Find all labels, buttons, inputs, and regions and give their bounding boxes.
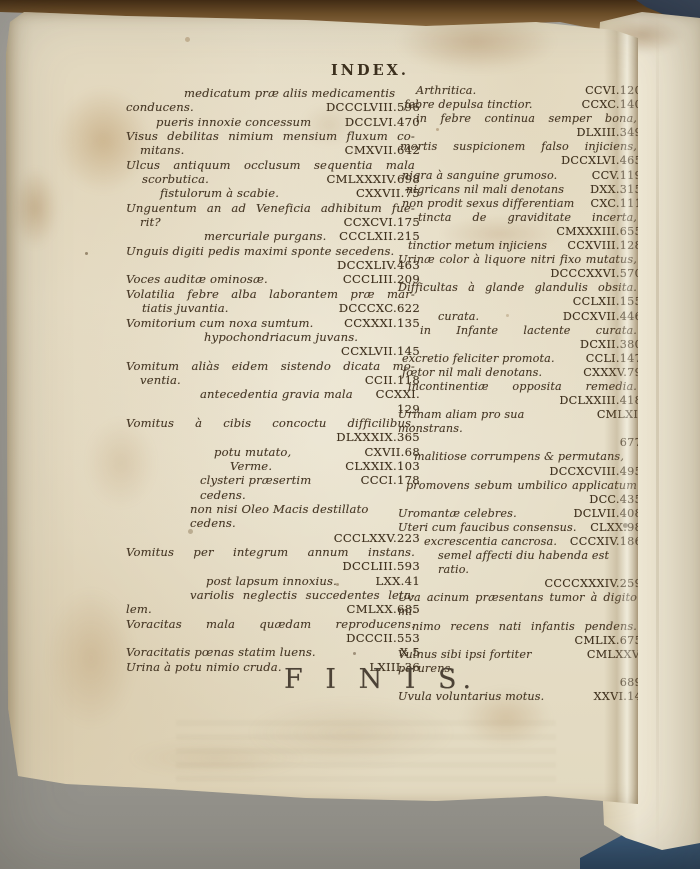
index-line: post lapsum innoxius. LXX.41 — [126, 574, 420, 588]
index-line: incontinentiæ opposita remedia. — [398, 380, 642, 394]
index-line: Vomitum aliàs eidem sistendo dicata mo- — [126, 359, 420, 373]
index-entry-page-ref: CCVI.120 — [580, 84, 642, 98]
index-entry-text: mercuriale purgans. — [126, 229, 327, 243]
index-line: medicatum præ aliis medicamentis — [126, 86, 420, 100]
index-entry-page-ref: 677 — [615, 436, 642, 450]
index-entry-page-ref: XXVI.14 — [589, 690, 642, 704]
index-entry-text: Urinæ color à liquore nitri fixo mutatus… — [398, 253, 637, 267]
index-line: semel affecti diu habenda est ratio. — [398, 549, 642, 577]
index-line: in febre continua semper bona, — [398, 112, 642, 126]
index-line: fistulorum à scabie. CXXVII.75 — [126, 186, 420, 200]
index-entry-page-ref: DCCXLVI.465 — [556, 154, 642, 168]
index-entry-text: Difficultas à glande glandulis obsita. — [398, 281, 637, 295]
index-entry-text: Volatilia febre alba laborantem præ mar- — [126, 287, 415, 301]
index-entry-text: excrescentia cancrosa. — [398, 535, 557, 549]
index-line: tincta de graviditate incerta, — [398, 211, 642, 225]
index-line: Vomitorium cum noxa sumtum. CCXXXI.135 — [126, 316, 420, 330]
index-entry-text: tinctior metum injiciens — [398, 239, 547, 253]
index-entry-text: fistulorum à scabie. — [126, 186, 279, 200]
index-line: nigra à sanguine grumoso. CCV.119 — [398, 169, 642, 183]
index-entry-page-ref: CLXX.98 — [585, 521, 642, 535]
index-line: non prodit sexus differentiam CXC.111 — [398, 197, 642, 211]
index-entry-page-ref: CCCCXXXIV.259 — [540, 577, 642, 591]
index-line: Urinam aliam pro sua monstrans. CMLXI. — [398, 408, 642, 436]
paper-speckles — [85, 252, 88, 255]
index-entry-text: conducens. — [126, 100, 194, 114]
index-entry-page-ref: DCC.435 — [584, 493, 642, 507]
index-line: potu mutato, CXVII.68 — [126, 445, 420, 459]
index-entry-page-ref: DCLXXIII.418 — [554, 394, 642, 408]
index-entry-text: curata. — [398, 310, 479, 324]
index-line: DCCCXXVI.570 — [398, 267, 642, 281]
index-entry-text: Voracitas mala quædam reproducens. — [126, 617, 415, 631]
index-line: DCCXLIV.463 — [126, 258, 420, 272]
index-entry-text: potu mutato, — [126, 445, 291, 459]
index-entry-text: Uva acinum præsentans tumor à digito mi- — [398, 591, 637, 619]
index-entry-text: Urinam aliam pro sua monstrans. — [398, 408, 592, 436]
index-entry-page-ref: DLXIII.349 — [571, 126, 642, 140]
index-line: 129 — [126, 402, 420, 416]
index-entry-text: ventia. — [126, 373, 181, 387]
index-line: DCXII.380 — [398, 338, 642, 352]
index-entry-page-ref: DCXII.380 — [575, 338, 642, 352]
index-line: Arthritica. CCVI.120 — [398, 84, 642, 98]
index-line: ventia. CCII.118 — [126, 373, 420, 387]
index-entry-page-ref: CMLXXV. — [582, 648, 642, 662]
index-line: variolis neglectis succedentes leta- — [126, 588, 420, 602]
index-line: malitiose corrumpens & permutans, — [398, 450, 642, 464]
index-line: lem. CMLXX.685 — [126, 602, 420, 616]
index-line: Voces auditæ ominosæ. CCCLIII.209 — [126, 272, 420, 286]
index-entry-text: lem. — [126, 602, 152, 616]
paper-stain — [246, 698, 456, 768]
index-entry-text: Vomitum aliàs eidem sistendo dicata mo- — [126, 359, 415, 373]
index-entry-text: Vomitus per integrum annum instans. — [126, 545, 415, 559]
index-entry-text: rit? — [126, 215, 161, 229]
index-page: INDEX. medicatum præ aliis medicamentis … — [6, 8, 638, 808]
index-line: Uteri cum faucibus consensus. CLXX.98 — [398, 521, 642, 535]
index-entry-text: in Infante lactente curata. — [398, 324, 637, 338]
index-entry-page-ref: CXC.111 — [586, 197, 643, 211]
index-entry-text: Unguis digiti pedis maximi sponte secede… — [126, 244, 394, 258]
index-line: Unguentum an ad Veneficia adhibitum fue- — [126, 201, 420, 215]
index-entry-text: in febre continua semper bona, — [398, 112, 637, 126]
index-entry-text: non nisi Oleo Macis destillato cedens. — [126, 502, 415, 531]
index-line: DLXXXIX.365 — [126, 430, 420, 444]
index-line: scorbutica. CMLXXXIV.698 — [126, 172, 420, 186]
index-line: in Infante lactente curata. — [398, 324, 642, 338]
index-line: rit? CCXCVI.175 — [126, 215, 420, 229]
index-line: promovens sebum umbilico applicatum — [398, 479, 642, 493]
index-entry-page-ref: CXXXV.79 — [578, 366, 642, 380]
index-column-right: Arthritica. CCVI.120 febre depulsa tinct… — [398, 84, 642, 704]
index-entry-text: malitiose corrumpens & permutans, — [398, 450, 624, 464]
index-entry-text: semel affecti diu habenda est ratio. — [398, 549, 637, 577]
index-entry-text: Verme. — [126, 459, 272, 473]
index-entry-text: Vomitorium cum noxa sumtum. — [126, 316, 314, 330]
index-line: 677 — [398, 436, 642, 450]
index-line: Vomitus à cibis concoctu difficilibus. — [126, 416, 420, 430]
index-entry-text: mitans. — [126, 143, 184, 157]
index-line: Verme. CLXXIX.103 — [126, 459, 420, 473]
index-entry-text: medicatum præ aliis medicamentis — [126, 86, 395, 100]
index-line: DCCXCVIII.495 — [398, 465, 642, 479]
finis-text: F I N I S. — [284, 664, 478, 695]
index-line: DCCCII.553 — [126, 631, 420, 645]
index-entry-page-ref: CCXC.140 — [577, 98, 642, 112]
index-entry-text: Urina à potu nimio cruda. — [126, 660, 282, 674]
index-entry-page-ref: CCLI.147 — [581, 352, 642, 366]
index-entry-text: non prodit sexus differentiam — [398, 197, 574, 211]
index-line: Voracitatis pœnas statim luens. X 5 — [126, 645, 420, 659]
index-entry-text: Voces auditæ ominosæ. — [126, 272, 268, 286]
index-line: excretio feliciter promota. CCLI.147 — [398, 352, 642, 366]
index-entry-text: promovens sebum umbilico applicatum — [398, 479, 637, 493]
index-line: Unguis digiti pedis maximi sponte secede… — [126, 244, 420, 258]
index-entry-text: Uromantæ celebres. — [398, 507, 517, 521]
index-entry-page-ref: CMXXXIII.655 — [551, 225, 642, 239]
index-entry-page-ref: CCV.119 — [587, 169, 642, 183]
index-line: Difficultas à glande glandulis obsita. — [398, 281, 642, 295]
index-entry-text: Uteri cum faucibus consensus. — [398, 521, 577, 535]
index-line: Uva acinum præsentans tumor à digito mi- — [398, 591, 642, 619]
index-entry-text: antecedentia gravia mala — [126, 387, 353, 401]
index-entry-page-ref: CCLXII.155 — [568, 295, 642, 309]
index-entry-text: nigricans nil mali denotans — [398, 183, 564, 197]
index-entry-text: post lapsum innoxius. — [126, 574, 337, 588]
index-line: Vomitus per integrum annum instans. — [126, 545, 420, 559]
index-entry-page-ref: CCXVIII.128 — [562, 239, 642, 253]
index-line: CCCCXXXIV.259 — [398, 577, 642, 591]
page-fold-crease — [656, 10, 659, 855]
index-line: mercuriale purgans. CCCLXII.215 — [126, 229, 420, 243]
index-line: Volatilia febre alba laborantem præ mar- — [126, 287, 420, 301]
paper-stain — [126, 738, 306, 778]
index-line: excrescentia cancrosa. CCCXIV.186 — [398, 535, 642, 549]
index-entry-text: Voracitatis pœnas statim luens. — [126, 645, 316, 659]
index-line: CCXLVII.145 — [126, 344, 420, 358]
index-line: nigricans nil mali denotans DXX.315 — [398, 183, 642, 197]
index-line: DCCXLVI.465 — [398, 154, 642, 168]
index-entry-text: Vomitus à cibis concoctu difficilibus. — [126, 416, 415, 430]
index-line: fœtor nil mali denotans. CXXXV.79 — [398, 366, 642, 380]
book-photo: INDEX. medicatum præ aliis medicamentis … — [0, 0, 700, 869]
index-line: nimo recens nati infantis pendens. — [398, 620, 642, 634]
index-entry-text: Arthritica. — [398, 84, 476, 98]
index-line: non nisi Oleo Macis destillato cedens. — [126, 502, 420, 531]
index-entry-text: mortis suspicionem falso injiciens, — [398, 140, 637, 154]
index-entry-page-ref: DXX.315 — [585, 183, 642, 197]
text-show-through — [176, 720, 556, 786]
index-line: tinctior metum injiciens CCXVIII.128 — [398, 239, 642, 253]
index-entry-page-ref: DCCXCVIII.495 — [544, 465, 642, 479]
index-line: antecedentia gravia mala CCXXI. — [126, 387, 420, 401]
index-entry-page-ref: 689 — [615, 676, 642, 690]
paper-stain — [12, 168, 58, 248]
index-line: Visus debilitas nimium mensium fluxum co… — [126, 129, 420, 143]
index-line: febre depulsa tinctior. CCXC.140 — [398, 98, 642, 112]
index-entry-page-ref: DCCXVII.446 — [558, 310, 642, 324]
index-entry-page-ref: CMLIX.675 — [570, 634, 642, 648]
index-line: conducens. DCCCLVIII.596 — [126, 100, 420, 114]
index-entry-text: pueris innoxie concessum — [126, 115, 311, 129]
index-entry-text: Ulcus antiquum occlusum sequentia mala — [126, 158, 415, 172]
index-line: DCCLIII.593 — [126, 559, 420, 573]
index-entry-text: febre depulsa tinctior. — [398, 98, 533, 112]
index-entry-text: Visus debilitas nimium mensium fluxum co… — [126, 129, 415, 143]
paper-stain — [46, 588, 136, 728]
index-line: DCLXXIII.418 — [398, 394, 642, 408]
index-line: mortis suspicionem falso injiciens, — [398, 140, 642, 154]
index-line: CMLIX.675 — [398, 634, 642, 648]
index-entry-text: fœtor nil mali denotans. — [398, 366, 542, 380]
page-title: INDEX. — [300, 62, 440, 79]
index-entry-text: clysteri præsertim cedens. — [126, 473, 356, 502]
index-line: mitans. CMXVII.642 — [126, 143, 420, 157]
index-line: Uromantæ celebres. DCLVII.408 — [398, 507, 642, 521]
index-entry-text: variolis neglectis succedentes leta- — [126, 588, 415, 602]
index-entry-text: nigra à sanguine grumoso. — [398, 169, 557, 183]
index-line: clysteri præsertim cedens. CCCI.178 — [126, 473, 420, 502]
index-column-left: medicatum præ aliis medicamentis conduce… — [126, 86, 420, 674]
index-entry-text: tiatis juvantia. — [126, 301, 229, 315]
index-entry-page-ref: CCCXIV.186 — [565, 535, 642, 549]
index-entry-page-ref: DCCCXXVI.570 — [545, 267, 642, 281]
index-line: curata. DCCXVII.446 — [398, 310, 642, 324]
index-entry-text: nimo recens nati infantis pendens. — [398, 620, 637, 634]
index-entry-text: Unguentum an ad Veneficia adhibitum fue- — [126, 201, 415, 215]
index-line: Ulcus antiquum occlusum sequentia mala — [126, 158, 420, 172]
index-entry-text: scorbutica. — [126, 172, 209, 186]
index-line: Voracitas mala quædam reproducens. — [126, 617, 420, 631]
index-line: tiatis juvantia. DCCCXC.622 — [126, 301, 420, 315]
index-line: pueris innoxie concessum DCCLVI.470 — [126, 115, 420, 129]
index-entry-text: excretio feliciter promota. — [398, 352, 555, 366]
index-entry-text: incontinentiæ opposita remedia. — [398, 380, 637, 394]
index-line: CCLXII.155 — [398, 295, 642, 309]
index-line: DCC.435 — [398, 493, 642, 507]
index-line: CMXXXIII.655 — [398, 225, 642, 239]
index-line: DLXIII.349 — [398, 126, 642, 140]
index-entry-text: hypochondriacum juvans. — [126, 330, 358, 344]
index-entry-text: tincta de graviditate incerta, — [398, 211, 637, 225]
index-line: hypochondriacum juvans. — [126, 330, 420, 344]
index-entry-page-ref: CMLXI. — [592, 408, 642, 422]
index-line: CCCLXXV.223 — [126, 531, 420, 545]
index-line: Urinæ color à liquore nitri fixo mutatus… — [398, 253, 642, 267]
index-entry-page-ref: DCLVII.408 — [569, 507, 642, 521]
